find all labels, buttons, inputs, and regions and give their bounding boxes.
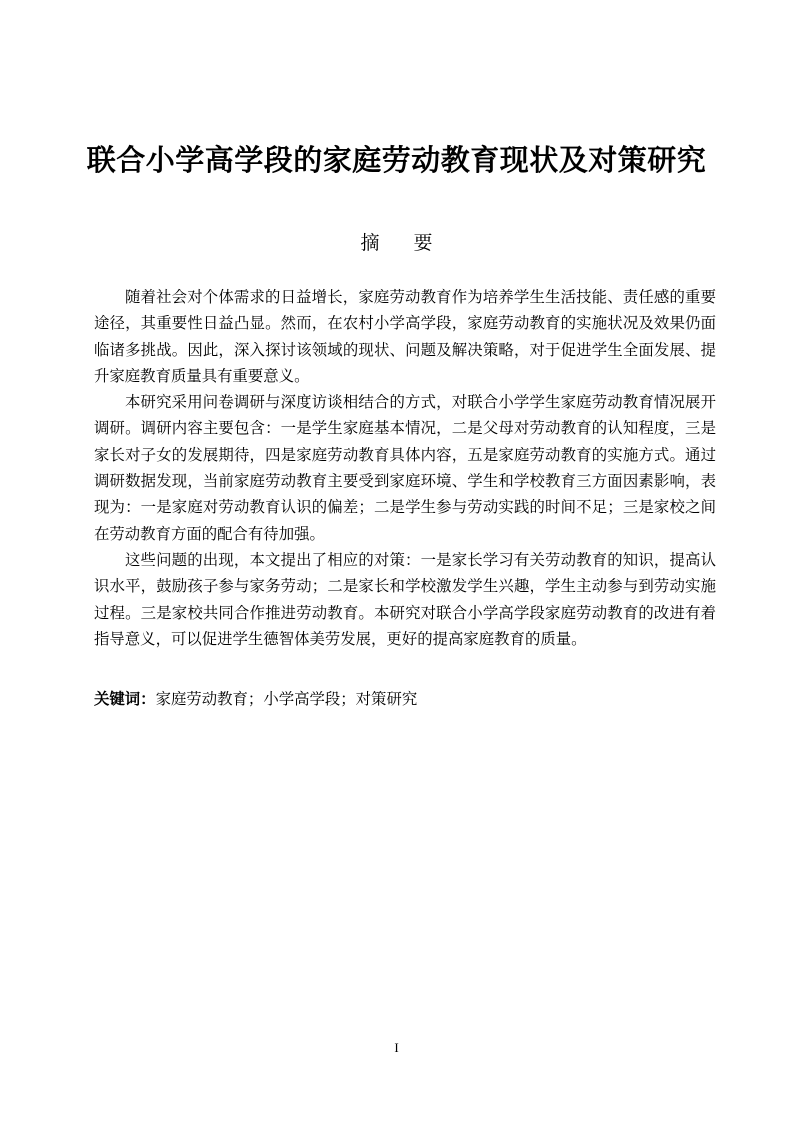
abstract-body: 随着社会对个体需求的日益增长，家庭劳动教育作为培养学生生活技能、责任感的重要途径…: [94, 284, 716, 652]
keywords-label: 关键词：: [94, 690, 156, 708]
abstract-paragraph-1: 随着社会对个体需求的日益增长，家庭劳动教育作为培养学生生活技能、责任感的重要途径…: [94, 284, 716, 389]
document-page: 联合小学高学段的家庭劳动教育现状及对策研究 摘要 随着社会对个体需求的日益增长，…: [0, 0, 793, 1122]
page-number: I: [0, 1040, 793, 1056]
abstract-heading: 摘要: [0, 230, 793, 256]
abstract-heading-char-2: 要: [414, 230, 433, 256]
document-title: 联合小学高学段的家庭劳动教育现状及对策研究: [0, 140, 793, 180]
keywords-text: 家庭劳动教育；小学高学段；对策研究: [156, 690, 418, 708]
abstract-heading-char-1: 摘: [360, 230, 379, 256]
abstract-paragraph-2: 本研究采用问卷调研与深度访谈相结合的方式，对联合小学学生家庭劳动教育情况展开调研…: [94, 389, 716, 547]
abstract-paragraph-3: 这些问题的出现，本文提出了相应的对策：一是家长学习有关劳动教育的知识，提高认识水…: [94, 547, 716, 652]
keywords-line: 关键词：家庭劳动教育；小学高学段；对策研究: [94, 686, 716, 712]
